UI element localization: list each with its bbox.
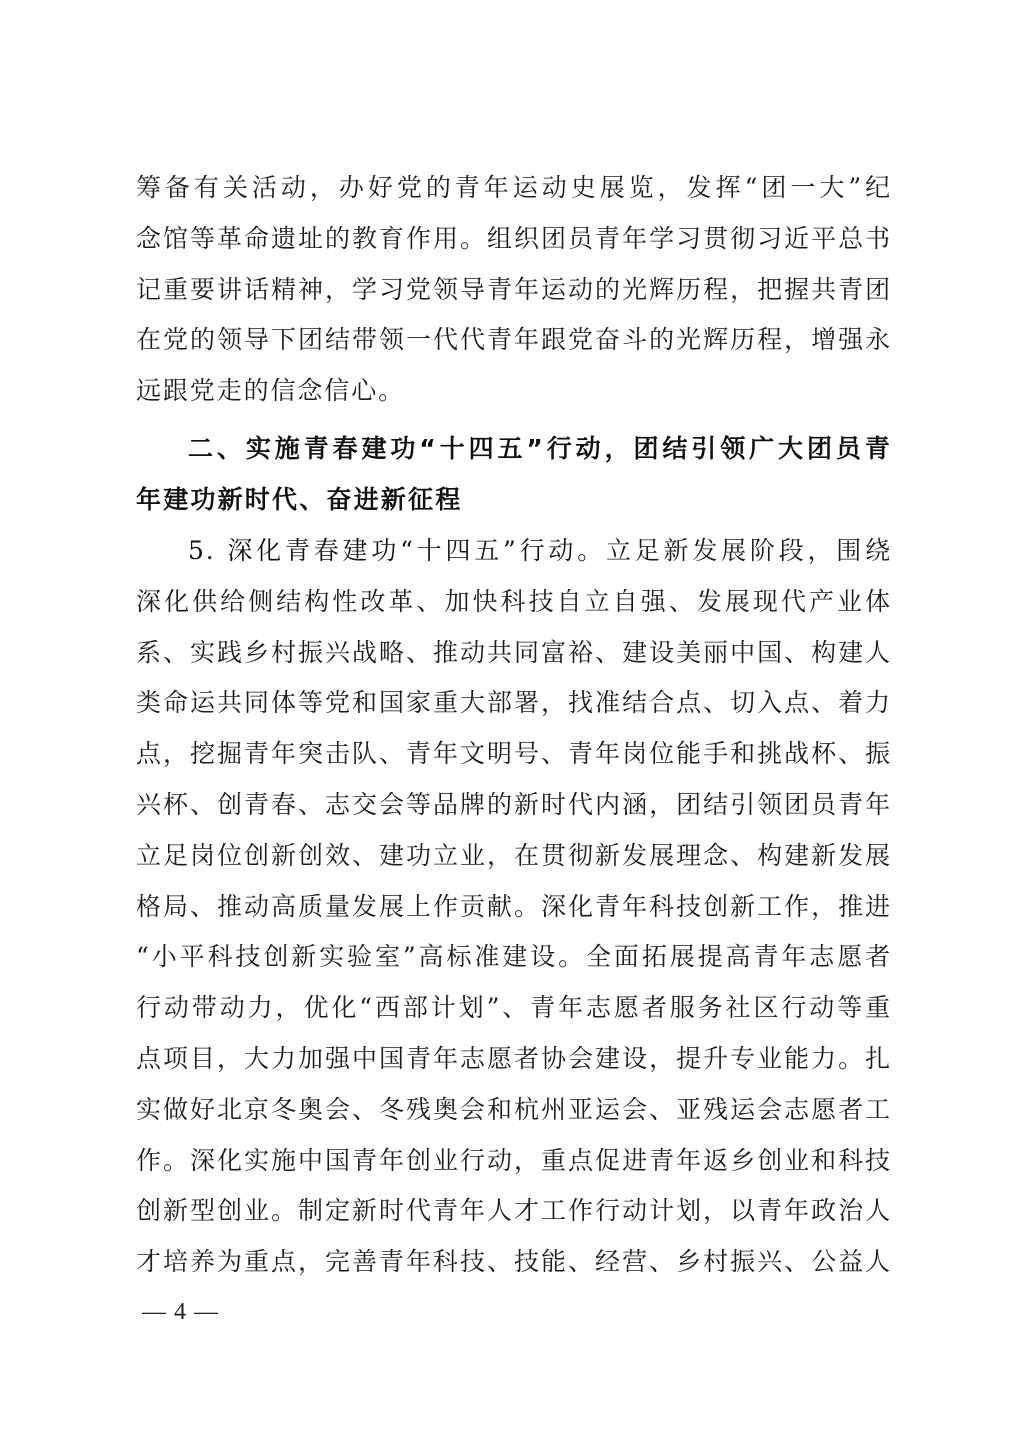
text-line: 行动带动力，优化“西部计划”、青年志愿者服务社区行动等重: [136, 983, 892, 1034]
text-line: 念馆等革命遗址的教育作用。组织团员青年学习贯彻习近平总书: [136, 214, 892, 265]
text-line: 才培养为重点，完善青年科技、技能、经营、乡村振兴、公益人: [136, 1237, 892, 1288]
page-number: — 4 —: [142, 1297, 219, 1327]
text-line: 5. 深化青春建功“十四五”行动。立足新发展阶段，围绕: [136, 526, 892, 577]
text-line: 作。深化实施中国青年创业行动，重点促进青年返乡创业和科技: [136, 1136, 892, 1187]
section-heading: 二、实施青春建功“十四五”行动，团结引领广大团员青 年建功新时代、奋进新征程: [136, 423, 892, 525]
item-lead-in: 5. 深化青春建功“十四五”行动。: [188, 536, 606, 565]
text-line: 类命运共同体等党和国家重大部署，找准结合点、切入点、着力: [136, 678, 892, 729]
text-line: 点，挖掘青年突击队、青年文明号、青年岗位能手和挑战杯、振: [136, 729, 892, 780]
text-line: 实做好北京冬奥会、冬残奥会和杭州亚运会、亚残运会志愿者工: [136, 1085, 892, 1136]
text-line: “小平科技创新实验室”高标准建设。全面拓展提高青年志愿者: [136, 932, 892, 983]
heading-line: 二、实施青春建功“十四五”行动，团结引领广大团员青: [136, 423, 892, 474]
text-line: 记重要讲话精神，学习党领导青年运动的光辉历程，把握共青团: [136, 265, 892, 316]
text-line: 在党的领导下团结带领一代代青年跟党奋斗的光辉历程，增强永: [136, 315, 892, 366]
text-line: 格局、推动高质量发展上作贡献。深化青年科技创新工作，推进: [136, 882, 892, 933]
paragraph-continued: 筹备有关活动，办好党的青年运动史展览，发挥“团一大”纪 念馆等革命遗址的教育作用…: [136, 163, 892, 417]
text-line: 创新型创业。制定新时代青年人才工作行动计划，以青年政治人: [136, 1186, 892, 1237]
text-line: 兴杯、创青春、志交会等品牌的新时代内涵，团结引领团员青年: [136, 780, 892, 831]
paragraph-item-5: 5. 深化青春建功“十四五”行动。立足新发展阶段，围绕 深化供给侧结构性改革、加…: [136, 526, 892, 1288]
text-line: 深化供给侧结构性改革、加快科技自立自强、发展现代产业体: [136, 577, 892, 628]
text-line: 远跟党走的信念信心。: [136, 366, 892, 417]
text-fragment: 立足新发展阶段，围绕: [606, 536, 892, 565]
text-line: 立足岗位创新创效、建功立业，在贯彻新发展理念、构建新发展: [136, 831, 892, 882]
text-line: 系、实践乡村振兴战略、推动共同富裕、建设美丽中国、构建人: [136, 628, 892, 679]
text-line: 筹备有关活动，办好党的青年运动史展览，发挥“团一大”纪: [136, 163, 892, 214]
document-page: 筹备有关活动，办好党的青年运动史展览，发挥“团一大”纪 念馆等革命遗址的教育作用…: [0, 0, 1024, 1447]
text-line: 点项目，大力加强中国青年志愿者协会建设，提升专业能力。扎: [136, 1034, 892, 1085]
heading-line: 年建功新时代、奋进新征程: [136, 474, 892, 525]
